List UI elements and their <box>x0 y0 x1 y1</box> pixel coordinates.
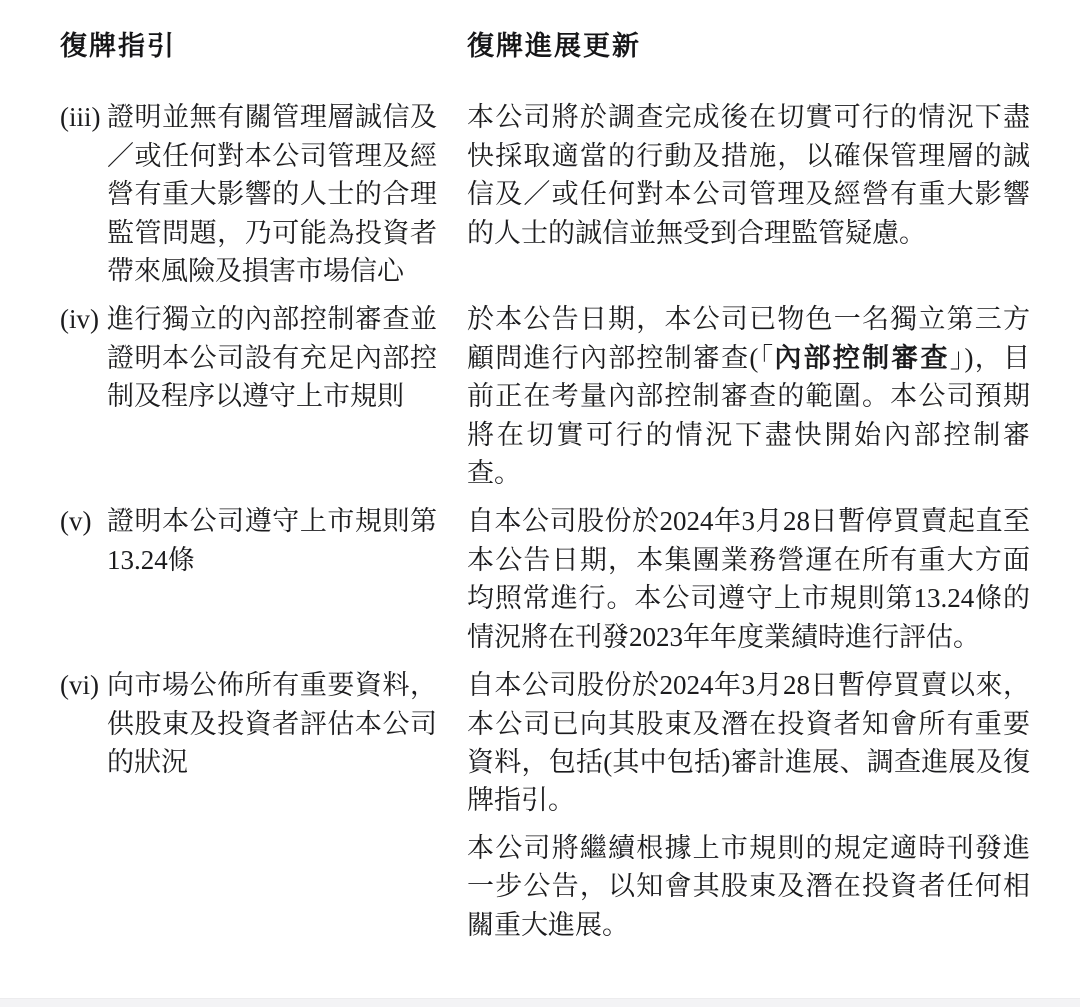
update-text: 於本公告日期，本公司已物色一名獨立第三方顧問進行內部控制審查(「內部控制審查」)… <box>467 300 1030 492</box>
update-paragraph: 自本公司股份於2024年3月28日暫停買賣以來，本公司已向其股東及潛在投資者知會… <box>467 666 1030 820</box>
table-header-row: 復牌指引 復牌進展更新 <box>60 27 1080 65</box>
guidance-table-body: (iii) 證明並無有關管理層誠信及／或任何對本公司管理及經營有重大影響的人士的… <box>60 98 1080 944</box>
update-text: 自本公司股份於2024年3月28日暫停買賣以來，本公司已向其股東及潛在投資者知會… <box>467 666 1030 944</box>
guidance-text: 向市場公佈所有重要資料，供股東及投資者評估本公司的狀況 <box>107 666 437 781</box>
guidance-text: 證明本公司遵守上市規則第13.24條 <box>107 502 437 579</box>
update-paragraph: 本公司將繼續根據上市規則的規定適時刊發進一步公告，以知會其股東及潛在投資者任何相… <box>467 829 1030 944</box>
item-number: (iv) <box>60 300 107 338</box>
column-header-resumption-progress-update: 復牌進展更新 <box>467 27 1030 65</box>
item-number: (v) <box>60 502 107 540</box>
table-row: (iv) 進行獨立的內部控制審查並證明本公司設有充足內部控制及程序以遵守上市規則… <box>60 300 1080 492</box>
table-row: (v) 證明本公司遵守上市規則第13.24條 自本公司股份於2024年3月28日… <box>60 502 1080 656</box>
announcement-page: 復牌指引 復牌進展更新 (iii) 證明並無有關管理層誠信及／或任何對本公司管理… <box>0 0 1080 944</box>
guidance-text: 進行獨立的內部控制審查並證明本公司設有充足內部控制及程序以遵守上市規則 <box>107 300 437 415</box>
column-header-resumption-guidance: 復牌指引 <box>60 27 437 65</box>
update-paragraph: 本公司將於調查完成後在切實可行的情況下盡快採取適當的行動及措施，以確保管理層的誠… <box>467 98 1030 252</box>
bold-defined-term: 內部控制審查 <box>774 343 949 373</box>
item-number: (iii) <box>60 98 107 136</box>
update-text: 本公司將於調查完成後在切實可行的情況下盡快採取適當的行動及措施，以確保管理層的誠… <box>467 98 1030 252</box>
update-text: 自本公司股份於2024年3月28日暫停買賣起直至本公告日期，本集團業務營運在所有… <box>467 502 1030 656</box>
table-row: (vi) 向市場公佈所有重要資料，供股東及投資者評估本公司的狀況 自本公司股份於… <box>60 666 1080 944</box>
guidance-text: 證明並無有關管理層誠信及／或任何對本公司管理及經營有重大影響的人士的合理監管問題… <box>107 98 437 290</box>
page-bottom-edge <box>0 998 1080 1007</box>
item-number: (vi) <box>60 666 107 704</box>
table-row: (iii) 證明並無有關管理層誠信及／或任何對本公司管理及經營有重大影響的人士的… <box>60 98 1080 290</box>
update-paragraph: 於本公告日期，本公司已物色一名獨立第三方顧問進行內部控制審查(「內部控制審查」)… <box>467 300 1030 492</box>
update-paragraph: 自本公司股份於2024年3月28日暫停買賣起直至本公告日期，本集團業務營運在所有… <box>467 502 1030 656</box>
